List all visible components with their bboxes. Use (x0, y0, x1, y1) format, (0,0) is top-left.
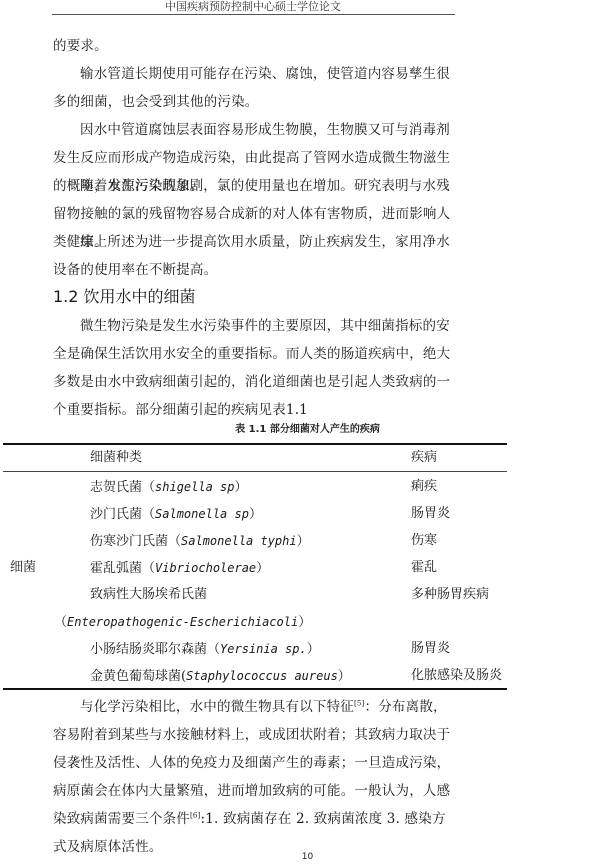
table-header-rule (3, 471, 507, 472)
table-caption: 表 1.1 部分细菌对人产生的疾病 (0, 420, 615, 435)
header-disease: 疾病 (411, 450, 437, 466)
paragraph-pipe-corrosion: 输水管道长期使用可能存在污染、腐蚀，使管道内容易孳生很多的细菌，也会受到其他的污… (53, 60, 453, 116)
closing-paragraph: 与化学污染相比，水中的微生物具有以下特征[5]：分布离散，容易附着到某些与水接触… (53, 693, 453, 861)
citation-6: [6] (190, 812, 201, 820)
paragraph-summary: 综上所述为进一步提高饮用水质量，防止疾病发生，家用净水设备的使用率在不断提高。 (53, 228, 453, 284)
citation-5: [5] (354, 700, 365, 708)
table-row-disease: 痢疾 (411, 479, 437, 495)
paragraph-continuation: 的要求。 (53, 32, 453, 60)
table-top-rule (3, 443, 507, 445)
table-row-species: 志贺氏菌（shigella sp） (90, 479, 248, 496)
table-row-species: 金黄色葡萄球菌(Staphylococcus aureus） (90, 668, 351, 685)
header-rule (52, 14, 455, 15)
section-heading: 1.2 饮用水中的细菌 (53, 285, 196, 309)
table-row-species: 伤寒沙门氏菌（Salmonella typhi） (90, 533, 310, 550)
table-row-disease: 霍乱 (411, 560, 437, 576)
table-row-species: 小肠结肠炎耶尔森菌（Yersinia sp.） (90, 641, 320, 658)
page-number: 10 (0, 852, 615, 862)
table-row-disease: 化脓感染及肠炎 (411, 668, 502, 684)
header-species: 细菌种类 (90, 450, 142, 466)
table-row-disease: 肠胃炎 (411, 506, 450, 522)
table-row-species: 霍乱弧菌（Vibriocholerae） (90, 560, 269, 577)
table-row-disease: 伤寒 (411, 533, 437, 549)
table-bottom-rule (3, 688, 507, 690)
table-row-species: 致病性大肠埃希氏菌 (90, 587, 207, 603)
section-intro-paragraph: 微生物污染是发生水污染事件的主要原因，其中细菌指标的安全是确保生活饮用水安全的重… (53, 312, 453, 424)
table-row-species-continuation: （Enteropathogenic-Escherichiacoli） (54, 614, 311, 631)
table-row-species: 沙门氏菌（Salmonella sp） (90, 506, 262, 523)
category-cell: 细菌 (10, 560, 36, 576)
table-row-disease: 多种肠胃疾病 (411, 587, 489, 603)
table-row-disease: 肠胃炎 (411, 641, 450, 657)
